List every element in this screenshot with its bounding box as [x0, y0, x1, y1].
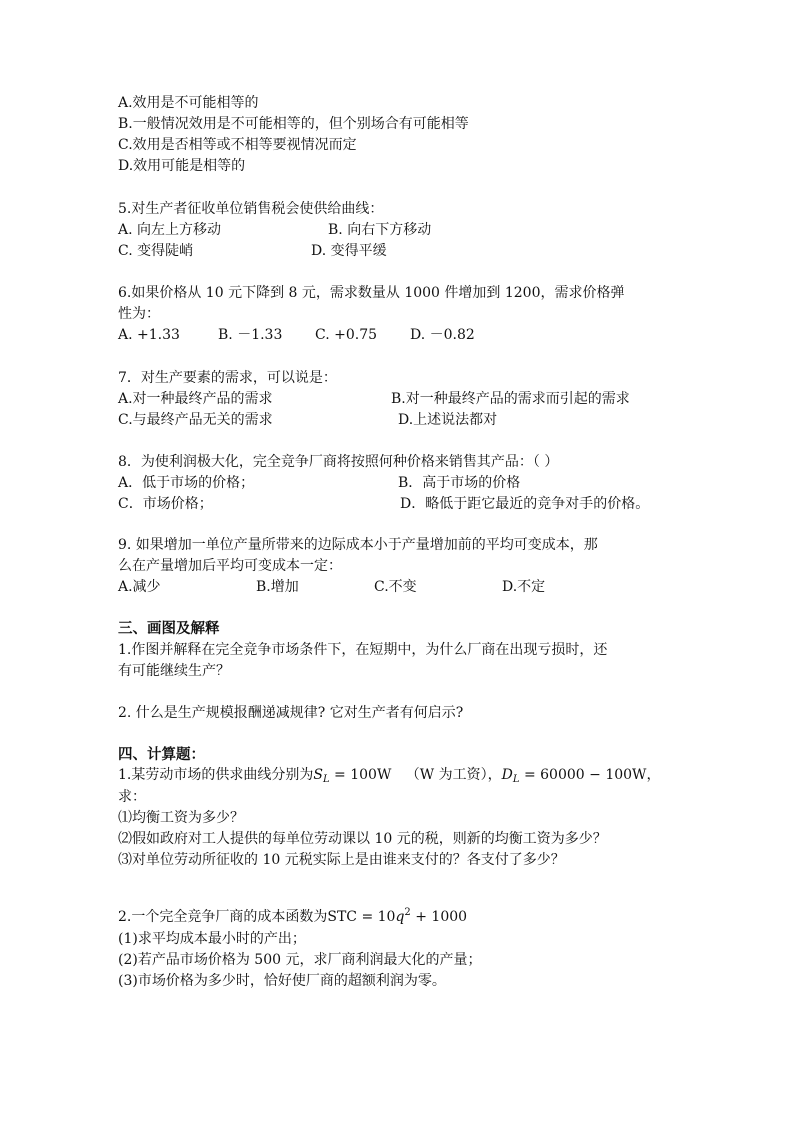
q6-stem-line2: 性为：: [118, 304, 160, 324]
section4-q2-line1: 2.一个完全竞争厂商的成本函数为STC = 10q2 + 1000: [118, 907, 467, 927]
section4-q2-part2: (2)若产品市场价格为 500 元，求厂商利润最大化的产量；: [118, 950, 481, 970]
q4-option-b: B.一般情况效用是不可能相等的，但个别场合有可能相等: [118, 114, 469, 134]
section4-q2-part3: (3)市场价格为多少时，恰好使厂商的超额利润为零。: [118, 971, 446, 991]
section4-q1-line2: 求：: [118, 787, 146, 807]
q5-option-d: D. 变得平缓: [311, 241, 387, 261]
q6-stem-line1: 6.如果价格从 10 元下降到 8 元，需求数量从 1000 件增加到 1200…: [118, 283, 625, 303]
q5-stem: 5.对生产者征收单位销售税会使供给曲线：: [118, 199, 383, 219]
q4-option-a: A.效用是不可能相等的: [118, 93, 259, 113]
q6-option-d: D. －0.82: [410, 325, 475, 345]
q7-stem: 7．对生产要素的需求，可以说是：: [118, 368, 337, 388]
q5-option-a: A. 向左上方移动: [118, 220, 221, 240]
q8-option-a: A．低于市场的价格；: [118, 473, 254, 493]
section3-title: 三、画图及解释: [118, 619, 220, 639]
demand-formula: DL = 60000 − 100W: [502, 767, 647, 783]
q6-option-a: A. +1.33: [118, 325, 180, 345]
section3-q2: 2. 什么是生产规模报酬递减规律? 它对生产者有何启示?: [118, 703, 463, 723]
section4-q1-part2: ⑵假如政府对工人提供的每单位劳动课以 10 元的税，则新的均衡工资为多少？: [118, 829, 607, 849]
q8-option-b: B．高于市场的价格: [398, 473, 520, 493]
section4-q1-part1: ⑴均衡工资为多少？: [118, 808, 244, 828]
q5-option-c: C. 变得陡峭: [118, 241, 193, 261]
section4-q1-line1: 1.某劳动市场的供求曲线分别为SL = 100W （W 为工资），DL = 60…: [118, 765, 660, 785]
section4-title: 四、计算题：: [118, 745, 205, 765]
q9-stem-line2: 么在产量增加后平均可变成本一定：: [118, 556, 342, 576]
q7-option-b: B.对一种最终产品的需求而引起的需求: [391, 389, 630, 409]
supply-subscript: L: [323, 774, 330, 785]
section4-q2-prefix: 2.一个完全竞争厂商的成本函数为STC = 10: [118, 909, 395, 925]
section4-q1-suffix: ，: [646, 767, 660, 783]
q5-option-b: B. 向右下方移动: [328, 220, 431, 240]
section4-q2-suffix: + 1000: [411, 909, 467, 925]
q9-option-c: C.不变: [374, 577, 417, 597]
q6-option-b: B. －1.33: [218, 325, 282, 345]
section3-q1-line1: 1.作图并解释在完全竞争市场条件下，在短期中，为什么厂商在出现亏损时，还: [118, 640, 607, 660]
supply-symbol: S: [313, 767, 323, 783]
q7-option-a: A.对一种最终产品的需求: [118, 389, 273, 409]
demand-symbol: D: [502, 767, 513, 783]
q9-option-d: D.不定: [502, 577, 545, 597]
demand-subscript: L: [513, 774, 520, 785]
q8-option-c: C．市场价格；: [118, 494, 213, 514]
q6-option-c: C. +0.75: [315, 325, 377, 345]
q4-option-c: C.效用是否相等或不相等要视情况而定: [118, 135, 357, 155]
section3-q1-line2: 有可能继续生产？: [118, 661, 230, 681]
wage-note: （W 为工资），: [406, 767, 502, 783]
q7-option-d: D.上述说法都对: [398, 410, 497, 430]
supply-formula: SL = 100W: [313, 767, 391, 783]
section4-q1-prefix: 1.某劳动市场的供求曲线分别为: [118, 767, 313, 783]
section4-q1-part3: ⑶对单位劳动所征收的 10 元税实际上是由谁来支付的？各支付了多少？: [118, 850, 565, 870]
demand-rhs: = 60000 − 100W: [520, 767, 647, 783]
q8-stem: 8．为使利润极大化，完全竞争厂商将按照何种价格来销售其产品：（ ）: [118, 452, 558, 472]
q9-option-a: A.减少: [118, 577, 161, 597]
q9-option-b: B.增加: [256, 577, 299, 597]
section4-q2-part1: (1)求平均成本最小时的产出；: [118, 929, 306, 949]
q9-stem-line1: 9. 如果增加一单位产量所带来的边际成本小于产量增加前的平均可变成本，那: [118, 535, 598, 555]
q7-option-c: C.与最终产品无关的需求: [118, 410, 273, 430]
q8-option-d: D．略低于距它最近的竞争对手的价格。: [400, 494, 649, 514]
q4-option-d: D.效用可能是相等的: [118, 156, 245, 176]
supply-rhs: = 100W: [330, 767, 392, 783]
